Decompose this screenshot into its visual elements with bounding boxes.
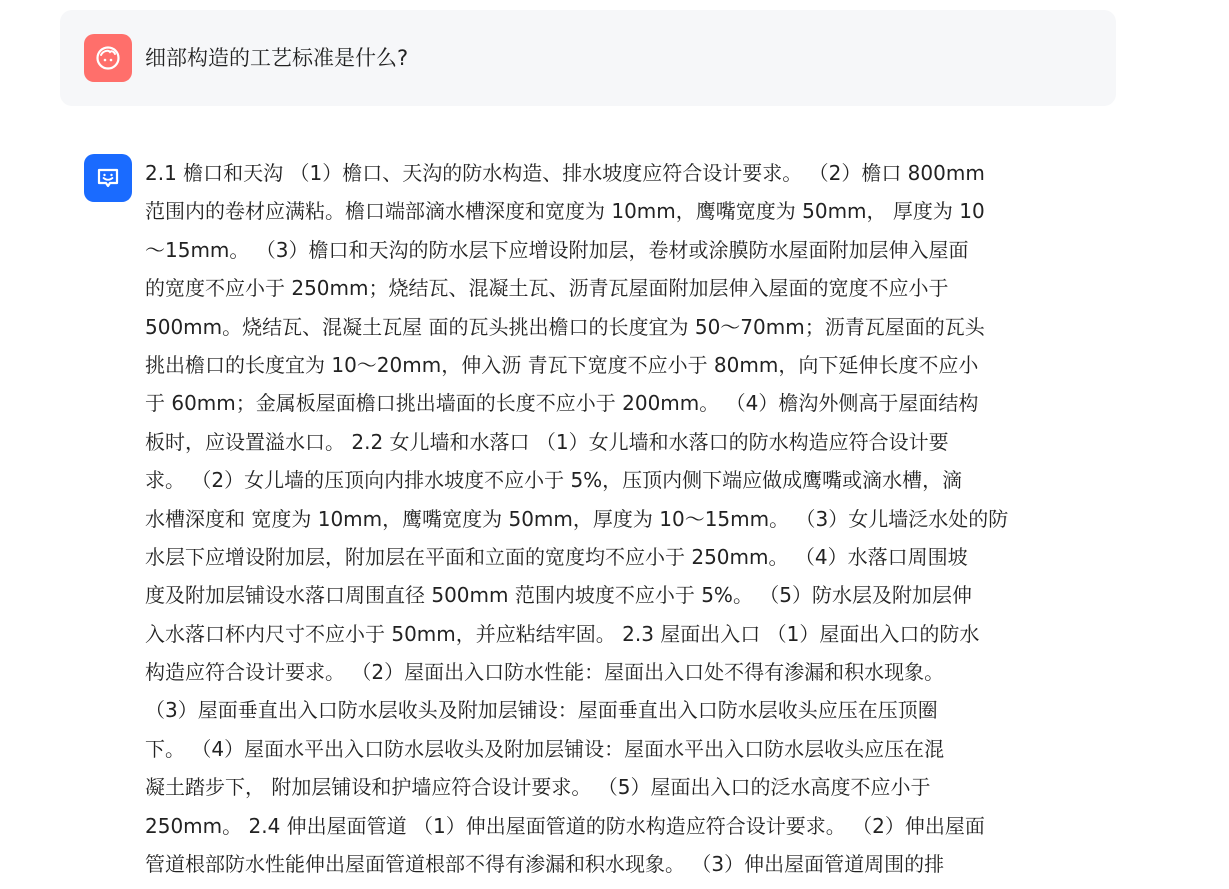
user-face-icon [95, 45, 121, 71]
answer-line: 2.1 檐口和天沟 （1）檐口、天沟的防水构造、排水坡度应符合设计要求。 （2）… [145, 154, 1120, 192]
user-question-text: 细部构造的工艺标准是什么? [145, 43, 408, 73]
answer-line: 500mm。烧结瓦、混凝土瓦屋 面的瓦头挑出檐口的长度宜为 50～70mm；沥青… [145, 308, 1120, 346]
user-avatar [84, 34, 132, 82]
answer-line: 管道根部防水性能伸出屋面管道根部不得有渗漏和积水现象。 （3）伸出屋面管道周围的… [145, 845, 1120, 883]
answer-line: 凝土踏步下， 附加层铺设和护墙应符合设计要求。 （5）屋面出入口的泛水高度不应小… [145, 768, 1120, 806]
answer-line: （3）屋面垂直出入口防水层收头及附加层铺设：屋面垂直出入口防水层收头应压在压顶圈 [145, 691, 1120, 729]
answer-line: 水层下应增设附加层，附加层在平面和立面的宽度均不应小于 250mm。 （4）水落… [145, 538, 1120, 576]
user-message-bubble: 细部构造的工艺标准是什么? [60, 10, 1116, 106]
answer-line: 水槽深度和 宽度为 10mm，鹰嘴宽度为 50mm，厚度为 10～15mm。 （… [145, 500, 1120, 538]
answer-line: 挑出檐口的长度宜为 10～20mm，伸入沥 青瓦下宽度不应小于 80mm，向下延… [145, 346, 1120, 384]
answer-line: 250mm。 2.4 伸出屋面管道 （1）伸出屋面管道的防水构造应符合设计要求。… [145, 807, 1120, 845]
answer-line: 于 60mm；金属板屋面檐口挑出墙面的长度不应小于 200mm。 （4）檐沟外侧… [145, 384, 1120, 422]
answer-line: 的宽度不应小于 250mm；烧结瓦、混凝土瓦、沥青瓦屋面附加层伸入屋面的宽度不应… [145, 269, 1120, 307]
chat-bubble-smile-icon [95, 165, 121, 191]
answer-line: 下。 （4）屋面水平出入口防水层收头及附加层铺设：屋面水平出入口防水层收头应压在… [145, 730, 1120, 768]
answer-line: 构造应符合设计要求。 （2）屋面出入口防水性能：屋面出入口处不得有渗漏和积水现象… [145, 653, 1120, 691]
chat-page: 细部构造的工艺标准是什么? 2.1 檐口和天沟 （1）檐口、天沟的防水构造、排水… [0, 0, 1229, 889]
answer-line: ～15mm。 （3）檐口和天沟的防水层下应增设附加层，卷材或涂膜防水屋面附加层伸… [145, 231, 1120, 269]
assistant-avatar [84, 154, 132, 202]
answer-line: 入水落口杯内尺寸不应小于 50mm，并应粘结牢固。 2.3 屋面出入口 （1）屋… [145, 615, 1120, 653]
assistant-answer: 2.1 檐口和天沟 （1）檐口、天沟的防水构造、排水坡度应符合设计要求。 （2）… [145, 154, 1120, 883]
answer-line: 板时，应设置溢水口。 2.2 女儿墙和水落口 （1）女儿墙和水落口的防水构造应符… [145, 423, 1120, 461]
answer-line: 求。 （2）女儿墙的压顶向内排水坡度不应小于 5%，压顶内侧下端应做成鹰嘴或滴水… [145, 461, 1120, 499]
answer-line: 范围内的卷材应满粘。檐口端部滴水槽深度和宽度为 10mm，鹰嘴宽度为 50mm，… [145, 192, 1120, 230]
answer-line: 度及附加层铺设水落口周围直径 500mm 范围内坡度不应小于 5%。 （5）防水… [145, 576, 1120, 614]
